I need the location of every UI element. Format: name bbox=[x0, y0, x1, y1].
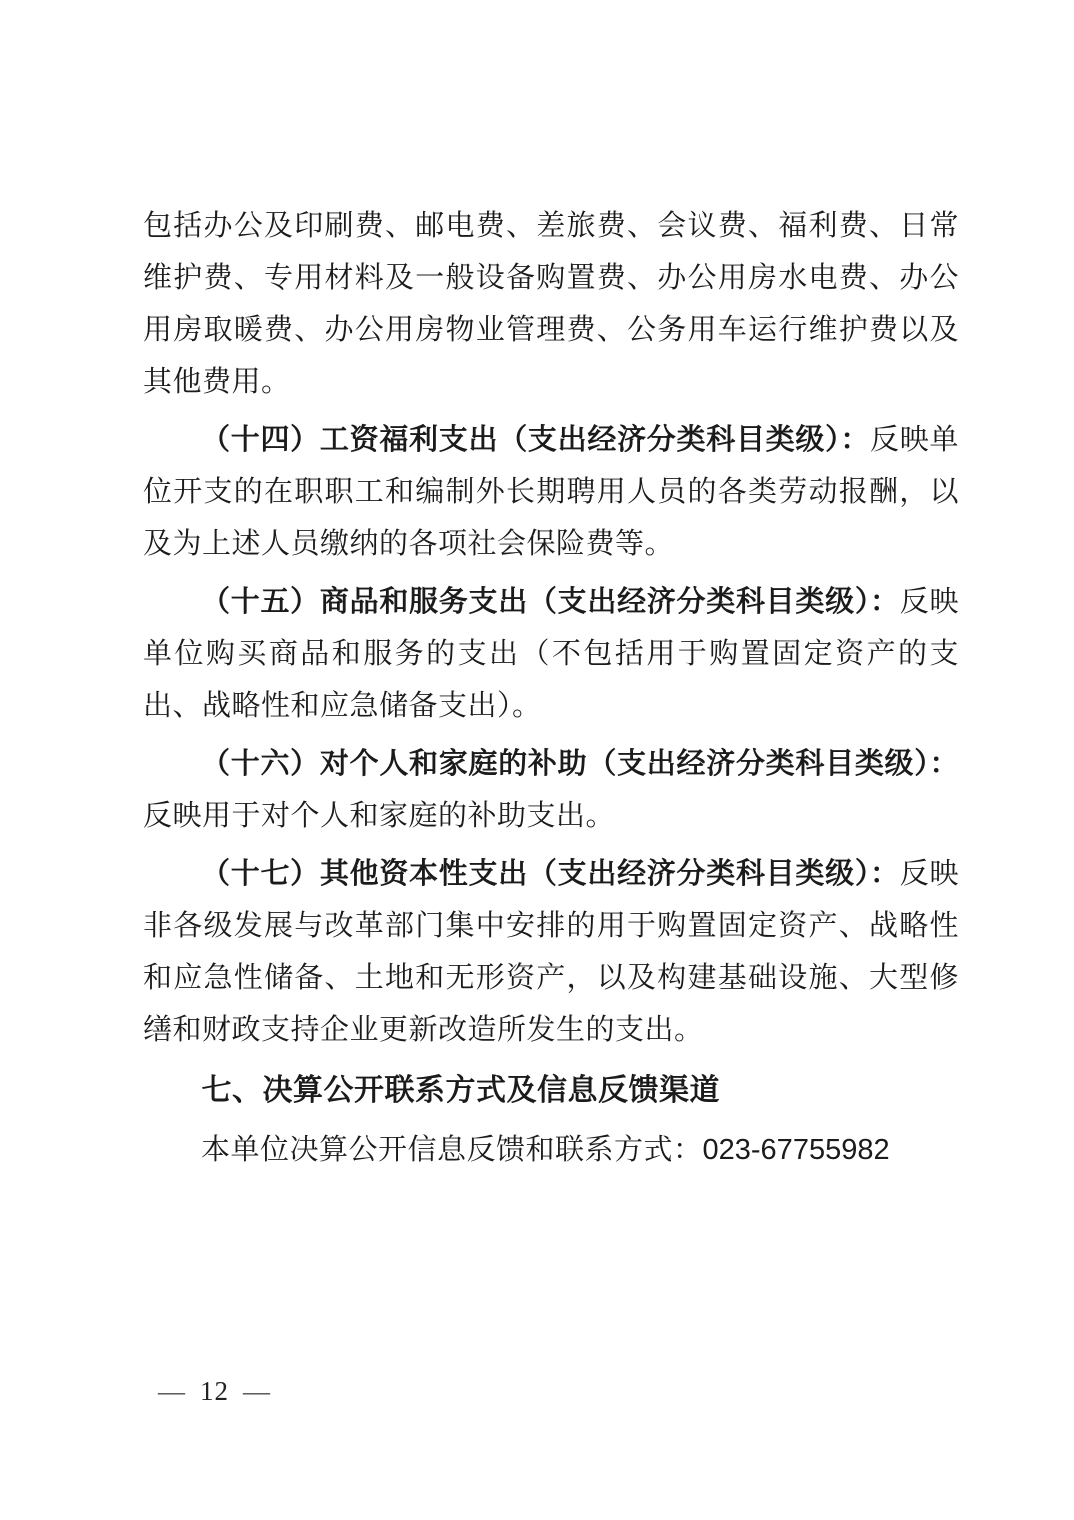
paragraph-item-14: （十四）工资福利支出（支出经济分类科目类级）：反映单位开支的在职职工和编制外长期… bbox=[143, 414, 959, 570]
contact-label: 本单位决算公开信息反馈和联系方式： bbox=[201, 1134, 703, 1166]
paragraph-text: 包括办公及印刷费、邮电费、差旅费、会议费、福利费、日常维护费、专用材料及一般设备… bbox=[143, 210, 959, 398]
page-content: 包括办公及印刷费、邮电费、差旅费、会议费、福利费、日常维护费、专用材料及一般设备… bbox=[143, 200, 959, 1182]
paragraph-continuation: 包括办公及印刷费、邮电费、差旅费、会议费、福利费、日常维护费、专用材料及一般设备… bbox=[143, 200, 959, 408]
paragraph-item-17: （十七）其他资本性支出（支出经济分类科目类级）：反映非各级发展与改革部门集中安排… bbox=[143, 848, 959, 1056]
paragraph-item-15: （十五）商品和服务支出（支出经济分类科目类级）：反映单位购买商品和服务的支出（不… bbox=[143, 576, 959, 732]
footer-page-number: 12 bbox=[200, 1376, 229, 1407]
page-footer: —12— bbox=[158, 1376, 271, 1407]
paragraph-lead: （十七）其他资本性支出（支出经济分类科目类级）： bbox=[201, 858, 900, 890]
paragraph-lead: （十四）工资福利支出（支出经济分类科目类级）： bbox=[201, 424, 870, 456]
paragraph-text: 反映用于对个人和家庭的补助支出。 bbox=[143, 800, 615, 832]
document-page: 包括办公及印刷费、邮电费、差旅费、会议费、福利费、日常维护费、专用材料及一般设备… bbox=[0, 0, 1074, 1520]
contact-phone: 023-67755982 bbox=[703, 1134, 890, 1166]
footer-right-dash: — bbox=[243, 1376, 271, 1407]
contact-line: 本单位决算公开信息反馈和联系方式：023-67755982 bbox=[143, 1124, 959, 1176]
footer-left-dash: — bbox=[158, 1376, 186, 1407]
section-heading: 七、决算公开联系方式及信息反馈渠道 bbox=[143, 1064, 959, 1118]
paragraph-lead: （十六）对个人和家庭的补助（支出经济分类科目类级）： bbox=[201, 748, 959, 780]
paragraph-item-16: （十六）对个人和家庭的补助（支出经济分类科目类级）：反映用于对个人和家庭的补助支… bbox=[143, 738, 959, 842]
paragraph-lead: （十五）商品和服务支出（支出经济分类科目类级）： bbox=[201, 586, 900, 618]
